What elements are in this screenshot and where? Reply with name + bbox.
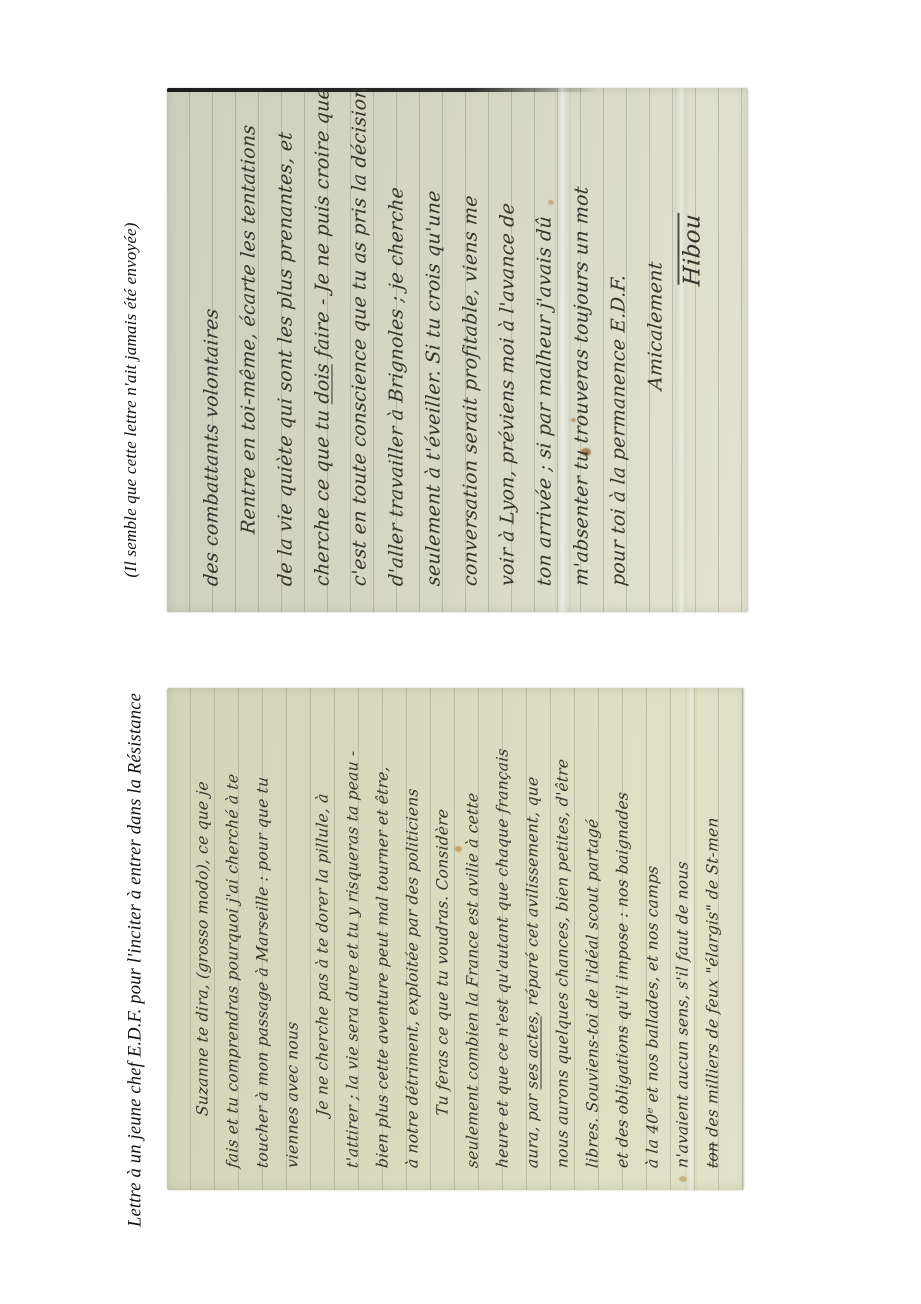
handwritten-line: cherche ce que tu dois faire - Je ne pui… [304,88,341,588]
handwritten-line: bien plus cette aventure peut mal tourne… [367,688,397,1169]
handwritten-line: seulement combien la France est avilie à… [457,688,487,1169]
handwritten-line: heure et que ce n'est qu'autant que chaq… [487,688,517,1169]
handwritten-line: m'absenter tu trouveras toujours un mot [563,88,600,588]
handwritten-line: aura, par ses actes, réparé cet avilisse… [517,688,547,1169]
caption-letter-title: Lettre à un jeune chef E.D.F. pour l'inc… [126,693,147,1227]
handwritten-line: libres. Souviens-toi de l'idéal scout pa… [577,688,607,1169]
handwritten-line: d'aller travailler à Brignoles ; je cher… [378,88,415,588]
handwritten-line: t'attirer ; la vie sera dure et tu y ris… [337,688,367,1169]
letter-scan-bottom: Suzanne te dira, (grosso modo), ce que j… [167,688,744,1190]
handwritten-line: conversation serait profitable, viens me [452,88,489,588]
book-page: { "captions": { "unsent_note": "(Il semb… [0,0,921,1304]
signature-line: Amicalement [637,88,674,588]
handwritten-line: Je ne cherche pas à te dorer la pillule,… [307,688,337,1169]
handwritten-page-top: des combattants volontairesRentre en toi… [167,88,748,612]
handwritten-line: c'est en toute conscience que tu as pris… [341,88,378,588]
handwritten-line: à la 40ᵉ et nos ballades, et nos camps [637,688,667,1169]
handwritten-line: à notre détriment, exploitée par des pol… [397,688,427,1169]
handwritten-line: et des obligations qu'il impose : nos ba… [607,688,637,1169]
handwritten-line: des combattants volontaires [193,88,230,588]
handwritten-line: ton des milliers de feux "élargis" de St… [697,688,727,1169]
caption-unsent-note: (Il semble que cette lettre n'ait jamais… [121,222,141,577]
letter-scan-top: des combattants volontairesRentre en toi… [167,88,748,612]
handwritten-line: n'avaient aucun sens, s'il faut de nous [667,688,697,1169]
signature-line: Hibou [674,88,711,588]
handwritten-page-bottom: Suzanne te dira, (grosso modo), ce que j… [167,688,744,1190]
handwritten-line: seulement à t'éveiller. Si tu crois qu'u… [415,88,452,588]
handwritten-line: de la vie quiète qui sont les plus prena… [267,88,304,588]
handwritten-line: Suzanne te dira, (grosso modo), ce que j… [187,688,217,1169]
handwritten-line: Rentre en toi-même, écarte les tentation… [230,88,267,588]
handwritten-line: nous aurons quelques chances, bien petit… [547,688,577,1169]
handwritten-line: voir à Lyon, préviens moi à l'avance de [489,88,526,588]
handwritten-line: pour toi à la permanence E.D.F. [600,88,637,588]
handwritten-line: fais et tu comprendras pourquoi j'ai che… [217,688,247,1169]
handwritten-line: toucher à mon passage à Marseille : pour… [247,688,277,1169]
handwritten-line: Tu feras ce que tu voudras. Considère [427,688,457,1169]
handwritten-line: ton arrivée ; si par malheur j'avais dû [526,88,563,588]
handwritten-line: viennes avec nous [277,688,307,1169]
